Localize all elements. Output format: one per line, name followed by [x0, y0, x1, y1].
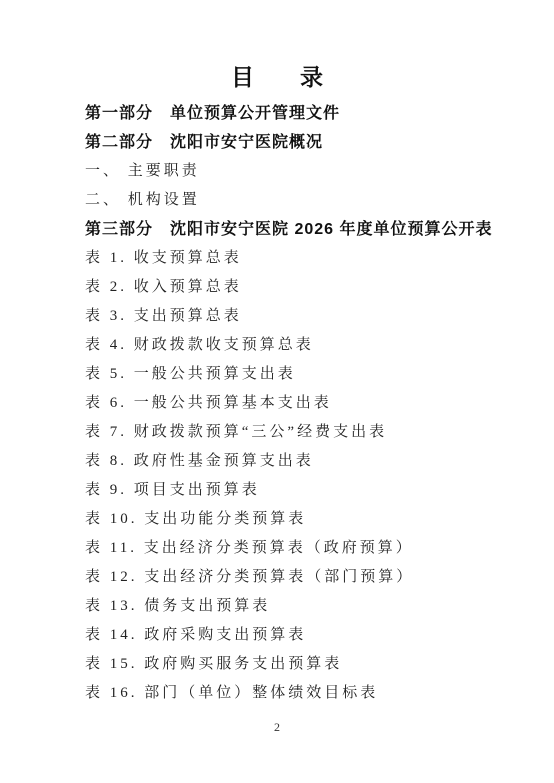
toc-table-item-11: 表 11. 支出经济分类预算表（政府预算） [85, 532, 524, 561]
toc-overview-item-1: 一、 主要职责 [85, 155, 524, 184]
document-page: 目 录 第一部分 单位预算公开管理文件 第二部分 沈阳市安宁医院概况 一、 主要… [0, 0, 554, 783]
toc-table-item-12: 表 12. 支出经济分类预算表（部门预算） [85, 561, 524, 590]
toc-table-item-6: 表 6. 一般公共预算基本支出表 [85, 387, 524, 416]
toc-table-item-3: 表 3. 支出预算总表 [85, 300, 524, 329]
toc-overview-item-2: 二、 机构设置 [85, 184, 524, 213]
toc-list: 第一部分 单位预算公开管理文件 第二部分 沈阳市安宁医院概况 一、 主要职责 二… [85, 97, 524, 706]
toc-title: 目 录 [0, 62, 554, 92]
toc-table-item-8: 表 8. 政府性基金预算支出表 [85, 445, 524, 474]
toc-part-1-heading: 第一部分 单位预算公开管理文件 [85, 97, 524, 126]
toc-table-item-10: 表 10. 支出功能分类预算表 [85, 503, 524, 532]
toc-table-item-1: 表 1. 收支预算总表 [85, 242, 524, 271]
toc-table-item-2: 表 2. 收入预算总表 [85, 271, 524, 300]
page-number: 2 [0, 720, 554, 735]
toc-table-item-16: 表 16. 部门（单位）整体绩效目标表 [85, 677, 524, 706]
toc-table-item-15: 表 15. 政府购买服务支出预算表 [85, 648, 524, 677]
toc-table-item-5: 表 5. 一般公共预算支出表 [85, 358, 524, 387]
toc-part-3-heading: 第三部分 沈阳市安宁医院 2026 年度单位预算公开表 [85, 213, 524, 242]
toc-table-item-9: 表 9. 项目支出预算表 [85, 474, 524, 503]
toc-table-item-7: 表 7. 财政拨款预算“三公”经费支出表 [85, 416, 524, 445]
toc-table-item-4: 表 4. 财政拨款收支预算总表 [85, 329, 524, 358]
toc-table-item-13: 表 13. 债务支出预算表 [85, 590, 524, 619]
toc-part-2-heading: 第二部分 沈阳市安宁医院概况 [85, 126, 524, 155]
toc-table-item-14: 表 14. 政府采购支出预算表 [85, 619, 524, 648]
